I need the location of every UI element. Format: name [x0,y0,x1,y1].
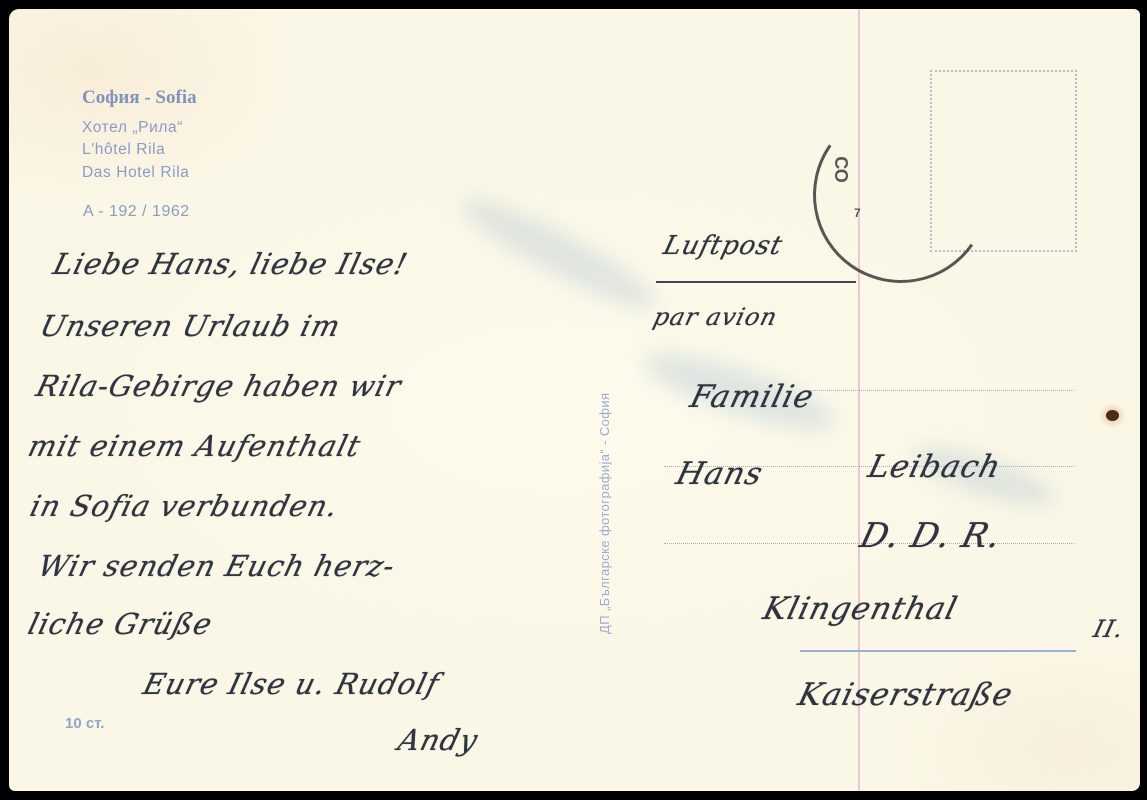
printed-title: София - Sofia [82,87,197,109]
message-signature: Andy [395,723,482,757]
printed-catalog-code: A - 192 / 1962 [83,203,190,221]
address-city-suffix: II. [1091,615,1128,643]
message-line: liche Grüße [25,607,217,641]
message-line: Wir senden Euch herz- [35,549,399,583]
airmail-label: Luftpost [660,231,786,261]
printed-caption-french: L'hôtel Rila [82,141,165,159]
address-country: D. D. R. [856,516,1006,556]
par-avion-label: par avion [651,303,781,331]
message-line: in Sofia verbunden. [27,489,342,523]
message-line: Rila-Gebirge haben wir [33,369,405,403]
printed-caption-german: Das Hotel Rila [82,164,189,182]
message-signature: Eure Ilse u. Rudolf [140,667,443,701]
address-underline [800,650,1076,652]
message-line: Unseren Urlaub im [37,309,345,343]
printed-price: 10 ст. [65,715,104,732]
postmark-fragment: СО [830,156,851,183]
postcard-back: София - Sofia Хотел „Рила“ L'hôtel Rila … [9,9,1140,791]
publisher-imprint: ДП „Българске фотографија“ - София [597,393,612,634]
address-street: Kaiserstraße [795,677,1017,713]
printed-caption-bulgarian: Хотел „Рила“ [82,119,183,137]
address-line [804,390,1074,391]
ink-stain [1106,410,1119,421]
ink-smudge [452,185,665,324]
airmail-rule [656,281,856,283]
address-city: Klingenthal [760,591,962,627]
address-last-name: Leibach [865,449,1005,485]
address-recipient-line: Familie [687,379,818,415]
address-first-name: Hans [673,456,767,492]
message-line: Liebe Hans, liebe Ilse! [50,247,412,281]
postmark-fragment: 7 [854,206,861,220]
message-line: mit einem Aufenthalt [25,429,365,463]
